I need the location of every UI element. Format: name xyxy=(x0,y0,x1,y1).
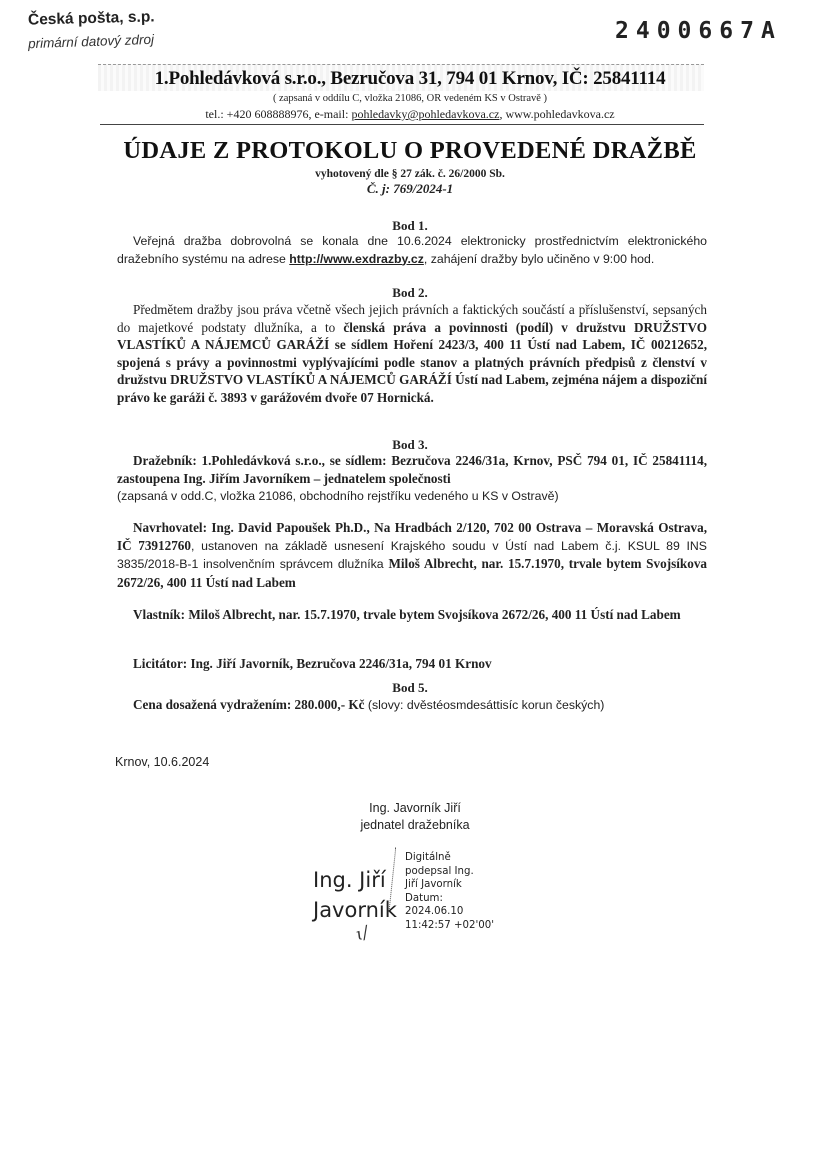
drazebnik-text: Dražebník: 1.Pohledávková s.r.o., se síd… xyxy=(117,453,707,486)
section-heading-bod3: Bod 3. xyxy=(0,437,820,453)
signer-block: Ing. Javorník Jiří jednatel dražebníka xyxy=(300,800,530,834)
sig-detail-line: 2024.06.10 xyxy=(405,905,494,919)
section-body-bod2: Předmětem dražby jsou práva včetně všech… xyxy=(117,301,707,406)
document-number: 2400667A xyxy=(615,18,782,44)
place-and-date: Krnov, 10.6.2024 xyxy=(115,755,209,769)
sig-detail-line: Datum: xyxy=(405,892,494,906)
signature-scribble-icon: ɩ/ xyxy=(353,923,371,946)
section-body-bod1: Veřejná dražba dobrovolná se konala dne … xyxy=(117,233,707,268)
postal-stamp-source: primární datový zdroj xyxy=(28,32,155,51)
licitator-text: Licitátor: Ing. Jiří Javorník, Bezručova… xyxy=(133,656,492,671)
licitator-block: Licitátor: Ing. Jiří Javorník, Bezručova… xyxy=(117,655,707,673)
section-heading-bod1: Bod 1. xyxy=(0,218,820,234)
letterhead-contact: tel.: +420 608888976, e-mail: pohledavky… xyxy=(0,107,820,122)
vlastnik-text: Vlastník: Miloš Albrecht, nar. 15.7.1970… xyxy=(133,607,681,622)
bod1-text-after: , zahájení dražby bylo učiněno v 9:00 ho… xyxy=(424,252,654,266)
contact-email-link[interactable]: pohledavky@pohledavkova.cz xyxy=(351,107,499,121)
signer-name: Ing. Javorník Jiří xyxy=(300,800,530,817)
letterhead-company: 1.Pohledávková s.r.o., Bezručova 31, 794… xyxy=(0,68,820,90)
price-block: Cena dosažená vydražením: 280.000,- Kč (… xyxy=(117,696,707,715)
signer-role: jednatel dražebníka xyxy=(300,817,530,834)
price-value: Cena dosažená vydražením: 280.000,- Kč xyxy=(133,697,365,712)
digital-signature-name-line2: Javorník xyxy=(313,898,397,922)
letterhead-registry: ( zapsaná v oddílu C, vložka 21086, OR v… xyxy=(0,93,820,104)
vlastnik-block: Vlastník: Miloš Albrecht, nar. 15.7.1970… xyxy=(117,606,707,624)
auction-system-link[interactable]: http://www.exdrazby.cz xyxy=(289,252,424,266)
contact-website: , www.pohledavkova.cz xyxy=(499,107,614,121)
sig-detail-line: podepsal Ing. xyxy=(405,865,494,879)
section-heading-bod5: Bod 5. xyxy=(0,680,820,696)
navrhovatel-block: Navrhovatel: Ing. David Papoušek Ph.D., … xyxy=(117,519,707,591)
document-subtitle: vyhotovený dle § 27 zák. č. 26/2000 Sb. xyxy=(0,168,820,180)
contact-phone: tel.: +420 608888976, e-mail: xyxy=(205,107,351,121)
sig-detail-line: Jiří Javorník xyxy=(405,878,494,892)
sig-detail-line: 11:42:57 +02'00' xyxy=(405,919,494,933)
document-reference: Č. j: 769/2024-1 xyxy=(0,181,820,197)
document-number-digits: 2400667 xyxy=(615,18,761,44)
drazebnik-block: Dražebník: 1.Pohledávková s.r.o., se síd… xyxy=(117,452,707,487)
letterhead-divider xyxy=(100,124,704,125)
digital-signature-name-line1: Ing. Jiří xyxy=(313,868,386,892)
document-title: ÚDAJE Z PROTOKOLU O PROVEDENÉ DRAŽBĚ xyxy=(0,137,820,165)
drazebnik-registry: (zapsaná v odd.C, vložka 21086, obchodní… xyxy=(117,488,707,506)
digital-signature-details: Digitálně podepsal Ing. Jiří Javorník Da… xyxy=(405,851,494,933)
section-heading-bod2: Bod 2. xyxy=(0,285,820,301)
price-in-words: (slovy: dvěstéosmdesáttisíc korun českýc… xyxy=(365,698,605,712)
postal-stamp-organization: Česká pošta, s.p. xyxy=(28,8,155,29)
sig-detail-line: Digitálně xyxy=(405,851,494,865)
document-number-suffix: A xyxy=(761,18,782,44)
